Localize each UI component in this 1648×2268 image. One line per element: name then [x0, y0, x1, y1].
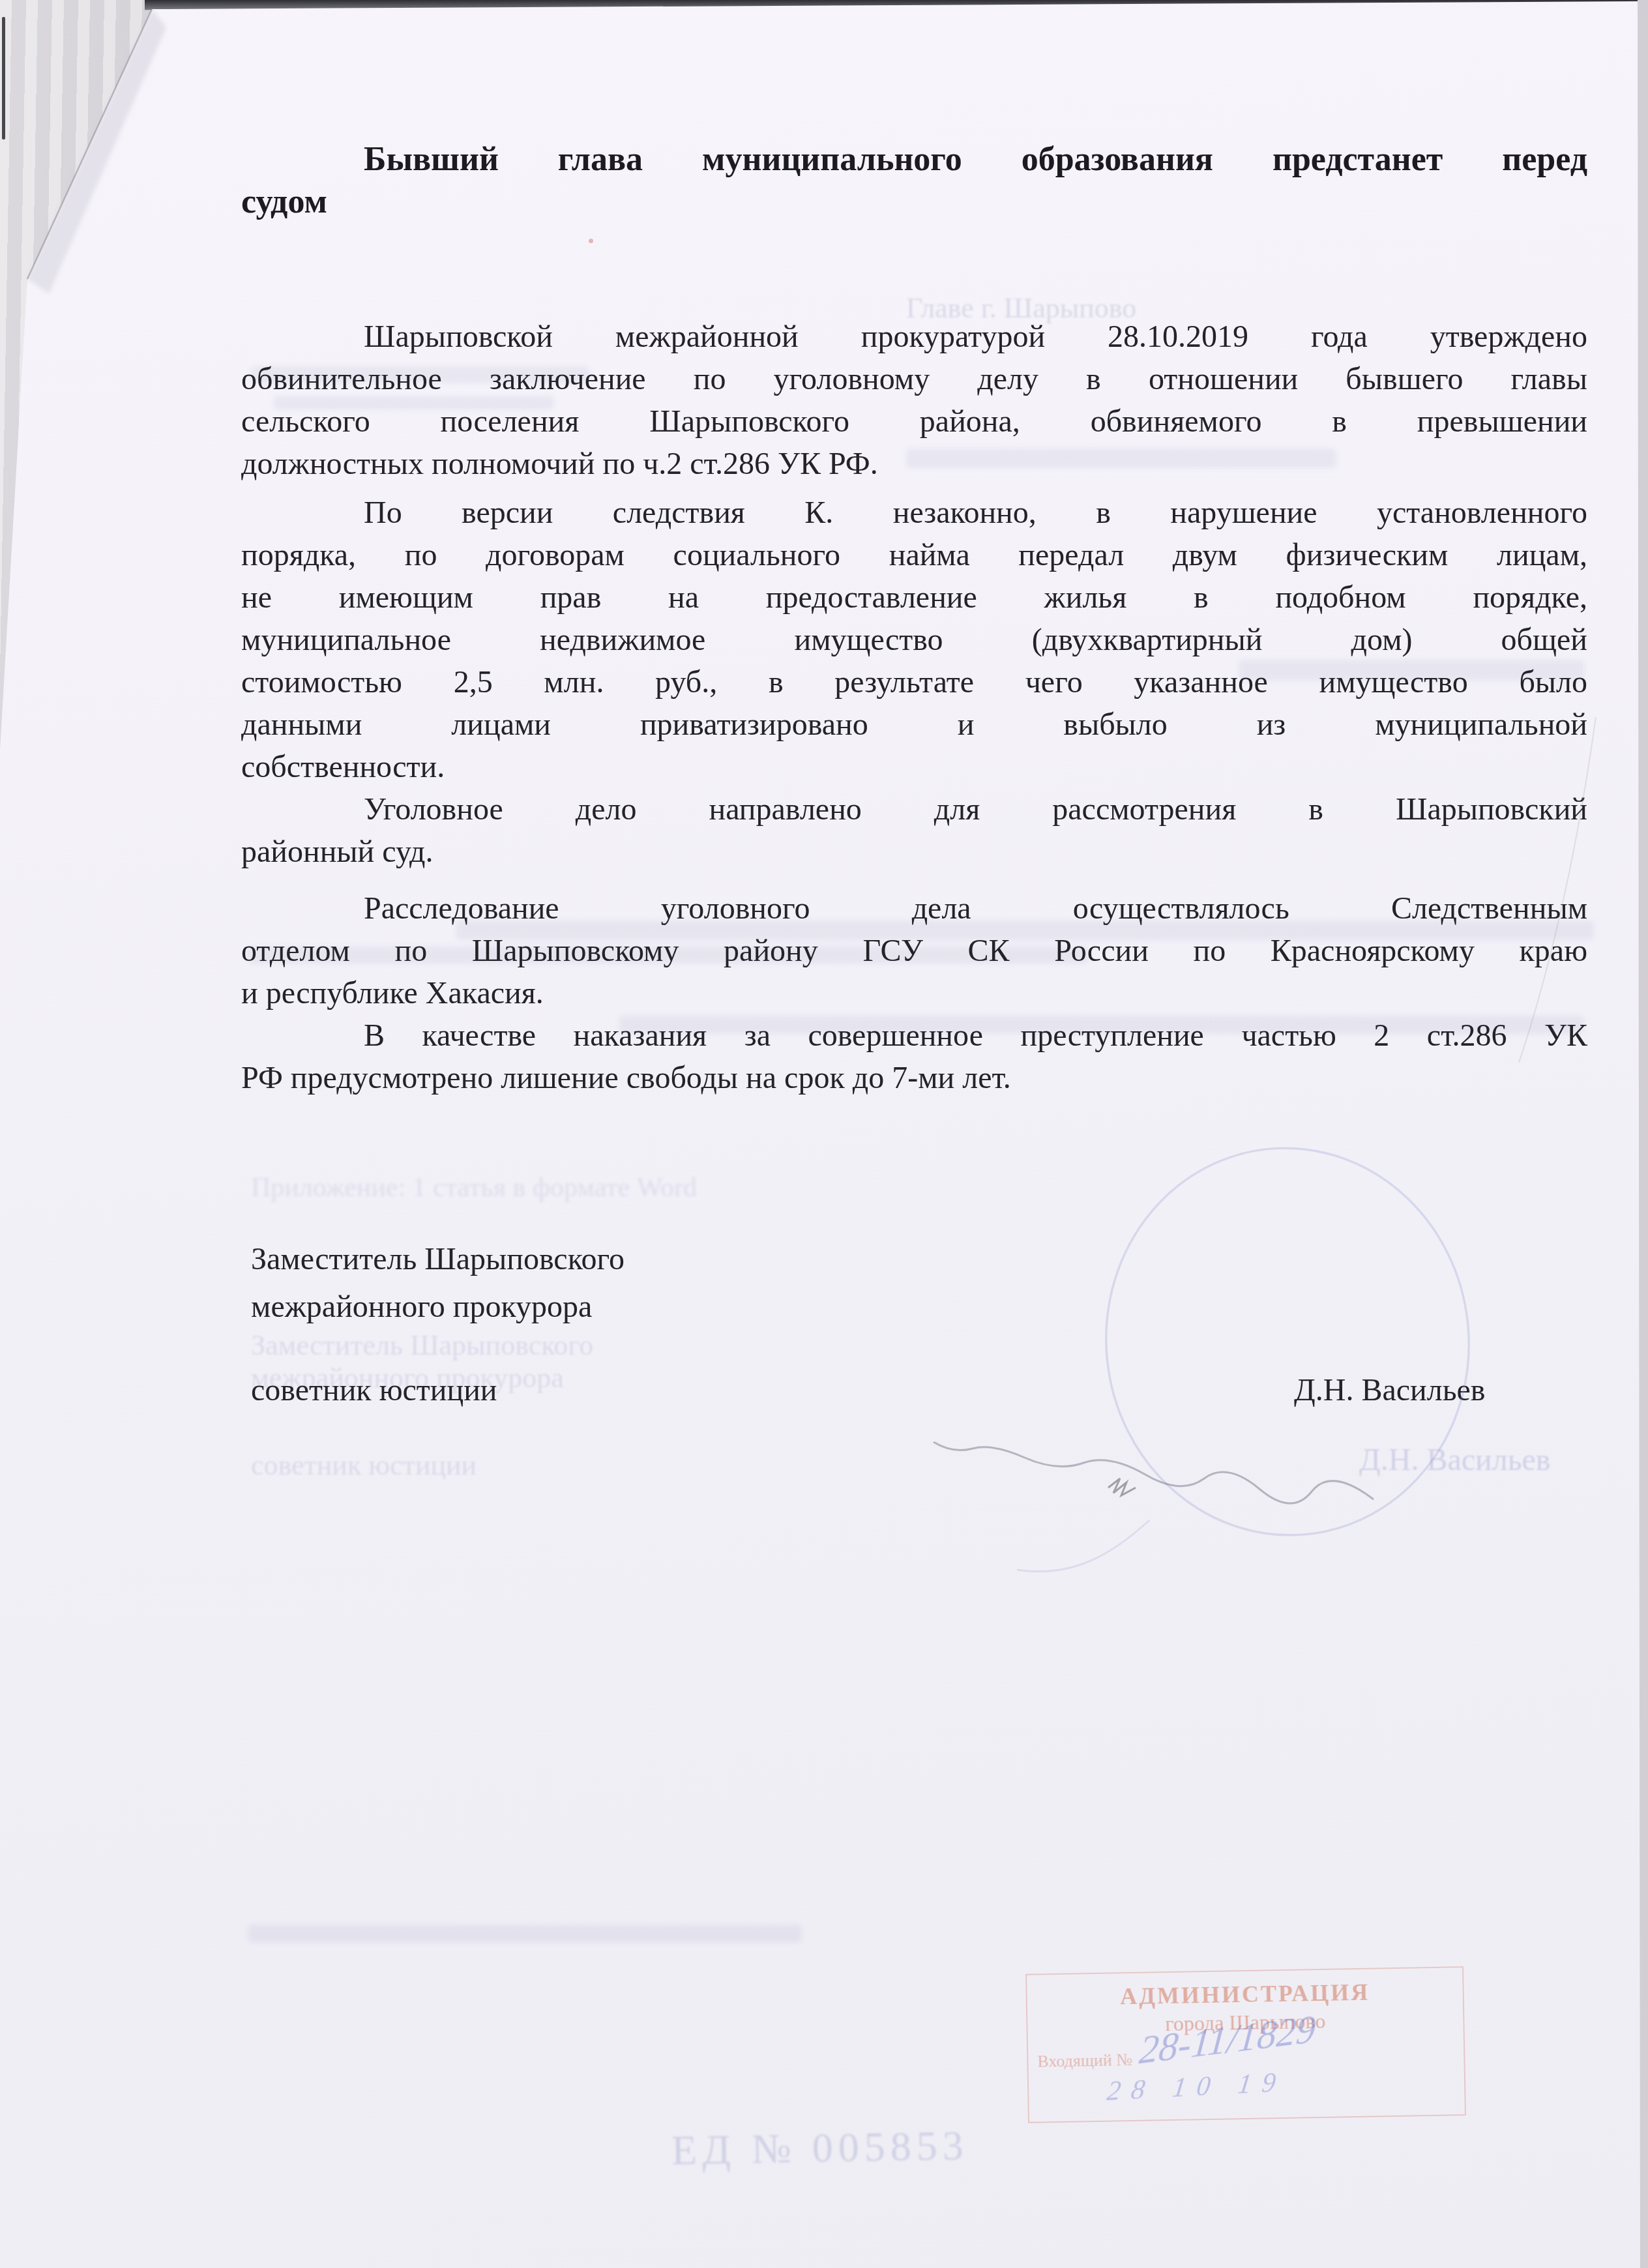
text-line: сельского поселения Шарыповского района,… [241, 400, 1587, 443]
text-line: не имеющим прав на предоставление жилья … [241, 576, 1587, 619]
paragraph-4: Расследование уголовного дела осуществля… [241, 887, 1587, 1014]
text-line: По версии следствия К. незаконно, в нару… [241, 492, 1587, 534]
text-line: Шарыповской межрайонной прокуратурой 28.… [241, 316, 1587, 358]
document-page: Главе г. Шарыпово Приложение: 1 статья в… [0, 0, 1648, 2268]
bleedthrough-signature-name: Д.Н. Васильев [1359, 1442, 1551, 1478]
text-line: порядка, по договорам социального найма … [241, 534, 1587, 576]
signer-rank: советник юстиции [251, 1369, 497, 1411]
text-line: стоимостью 2,5 млн. руб., в результате ч… [241, 661, 1587, 703]
text-line: Уголовное дело направлено для рассмотрен… [241, 788, 1587, 831]
text-line: В качестве наказания за совершенное прес… [241, 1014, 1587, 1057]
bleedthrough-attachment-note: Приложение: 1 статья в формате Word [251, 1172, 697, 1203]
text-line: должностных полномочий по ч.2 ст.286 УК … [241, 443, 1587, 485]
scanned-press-release: { "document": { "title": { "lines": [ {"… [0, 0, 1648, 2268]
signer-position: Заместитель Шарыповского межрайонного пр… [251, 1235, 625, 1331]
text-line: Расследование уголовного дела осуществля… [241, 887, 1587, 930]
signer-position-line: Заместитель Шарыповского [251, 1235, 625, 1283]
text-line: судом [241, 181, 1587, 223]
text-line: РФ предусмотрено лишение свободы на срок… [241, 1057, 1587, 1099]
stamp-organization-line: АДМИНИСТРАЦИЯ [1027, 1977, 1463, 2012]
paragraph-3: Уголовное дело направлено для рассмотрен… [241, 788, 1587, 873]
incoming-registration-stamp: АДМИНИСТРАЦИЯ города Шарыпово Входящий №… [1025, 1966, 1466, 2123]
bleedthrough-document-number: ЕД № 005853 [671, 2121, 969, 2175]
bleedthrough-signature-line: Заместитель Шарыповского [251, 1329, 593, 1362]
document-title: Бывший глава муниципального образования … [241, 138, 1587, 223]
text-line: обвинительное заключение по уголовному д… [241, 358, 1587, 400]
signer-name: Д.Н. Васильев [1294, 1369, 1486, 1411]
paragraph-1: Шарыповской межрайонной прокуратурой 28.… [241, 316, 1587, 485]
text-line: и республике Хакасия. [241, 972, 1587, 1014]
bleedthrough-signature-line: советник юстиции [251, 1449, 477, 1482]
press-release-body: Бывший глава муниципального образования … [241, 138, 1587, 1099]
text-line: отделом по Шарыповскому району ГСУ СК Ро… [241, 930, 1587, 972]
paragraph-2: По версии следствия К. незаконно, в нару… [241, 492, 1587, 788]
text-line: собственности. [241, 746, 1587, 788]
paragraph-5: В качестве наказания за совершенное прес… [241, 1014, 1587, 1099]
stamp-handwritten-date: 28 10 19 [1105, 2067, 1288, 2108]
stamp-incoming-number-label: Входящий № [1037, 2050, 1132, 2072]
bleedthrough-smudge [248, 1924, 802, 1943]
text-line: Бывший глава муниципального образования … [241, 138, 1587, 181]
text-line: муниципальное недвижимое имущество (двух… [241, 619, 1587, 661]
text-line: данными лицами приватизировано и выбыло … [241, 703, 1587, 746]
text-line: районный суд. [241, 831, 1587, 873]
left-edge-scan-artifact [2, 17, 5, 140]
signer-position-line: межрайонного прокурора [251, 1283, 625, 1331]
